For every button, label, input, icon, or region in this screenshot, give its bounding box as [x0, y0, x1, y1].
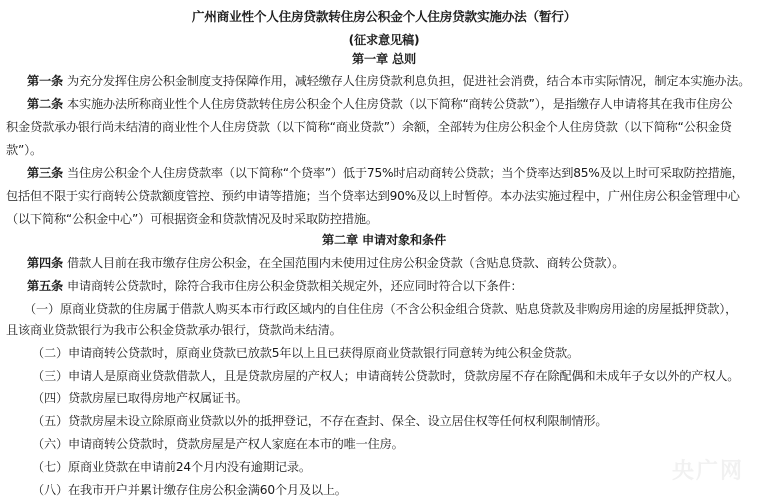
article-text: 借款人目前在我市缴存住房公积金，在全国范围内未使用过住房公积金贷款（含贴息贷款、… [67, 256, 624, 270]
article-4: 第四条借款人目前在我市缴存住房公积金，在全国范围内未使用过住房公积金贷款（含贴息… [27, 255, 624, 271]
condition-1-continued: 且该商业贷款银行为我市公积金贷款承办银行，贷款尚未结清。 [6, 322, 342, 338]
condition-6: （六）申请商转公贷款时，贷款房屋是产权人家庭在本市的唯一住房。 [32, 436, 404, 452]
article-label: 第四条 [27, 256, 63, 270]
condition-4: （四）贷款房屋已取得房地产权属证书。 [32, 390, 248, 406]
chapter-heading-2: 第二章 申请对象和条件 [0, 232, 768, 248]
condition-7: （七）原商业贷款在申请前24个月内没有逾期记录。 [32, 459, 311, 475]
article-3: 第三条当住房公积金个人住房贷款率（以下简称“个贷率”）低于75%时启动商转公贷款… [27, 165, 744, 181]
article-1: 第一条为充分发挥住房公积金制度支持保障作用，减轻缴存人住房贷款利息负担，促进社会… [27, 73, 750, 89]
article-text: 本实施办法所称商业性个人住房贷款转住房公积金个人住房贷款（以下简称“商转公贷款”… [67, 97, 732, 111]
chapter-heading-1: 第一章 总则 [0, 51, 768, 67]
article-3-line-3: （以下简称“公积金中心”）可根据资金和贷款情况及时采取防控措施。 [6, 211, 378, 227]
article-label: 第五条 [27, 279, 63, 293]
document-title: 广州商业性个人住房贷款转住房公积金个人住房贷款实施办法（暂行） [0, 9, 768, 25]
document-subtitle: (征求意见稿) [0, 32, 768, 48]
condition-8: （八）在我市开户并累计缴存住房公积金满60个月及以上。 [32, 482, 347, 498]
article-label: 第一条 [27, 74, 63, 88]
article-2: 第二条本实施办法所称商业性个人住房贷款转住房公积金个人住房贷款（以下简称“商转公… [27, 96, 732, 112]
article-text: 当住房公积金个人住房贷款率（以下简称“个贷率”）低于75%时启动商转公贷款；当个… [67, 166, 744, 180]
article-label: 第三条 [27, 166, 63, 180]
article-text: 为充分发挥住房公积金制度支持保障作用，减轻缴存人住房贷款利息负担，促进社会消费，… [67, 74, 750, 88]
condition-5: （五）贷款房屋未设立除原商业贷款以外的抵押登记，不存在查封、保全、设立居住权等任… [32, 413, 607, 429]
watermark-logo: 央广网 [672, 454, 744, 485]
article-label: 第二条 [27, 97, 63, 111]
article-3-line-2: 包括但不限于实行商转公贷款额度管控、预约申请等措施；当个贷率达到90%及以上时暂… [6, 188, 740, 204]
article-text: 申请商转公贷款时，除符合我市住房公积金贷款相关规定外，还应同时符合以下条件： [67, 279, 523, 293]
condition-1: （一）原商业贷款的住房属于借款人购买本市行政区域内的自住住房（不含公积金组合贷款… [24, 301, 737, 317]
document-page: 广州商业性个人住房贷款转住房公积金个人住房贷款实施办法（暂行） (征求意见稿) … [0, 0, 768, 500]
article-2-line-2: 积金贷款承办银行尚未结清的商业性个人住房贷款（以下简称“商业贷款”）余额，全部转… [6, 119, 732, 135]
condition-2: （二）申请商转公贷款时，原商业贷款已放款5年以上且已获得原商业贷款银行同意转为纯… [32, 345, 579, 361]
condition-3: （三）申请人是原商业贷款借款人，且是贷款房屋的产权人；申请商转公贷款时，贷款房屋… [32, 368, 739, 384]
article-5: 第五条申请商转公贷款时，除符合我市住房公积金贷款相关规定外，还应同时符合以下条件… [27, 278, 523, 294]
article-2-line-3: 款”）。 [6, 142, 42, 158]
